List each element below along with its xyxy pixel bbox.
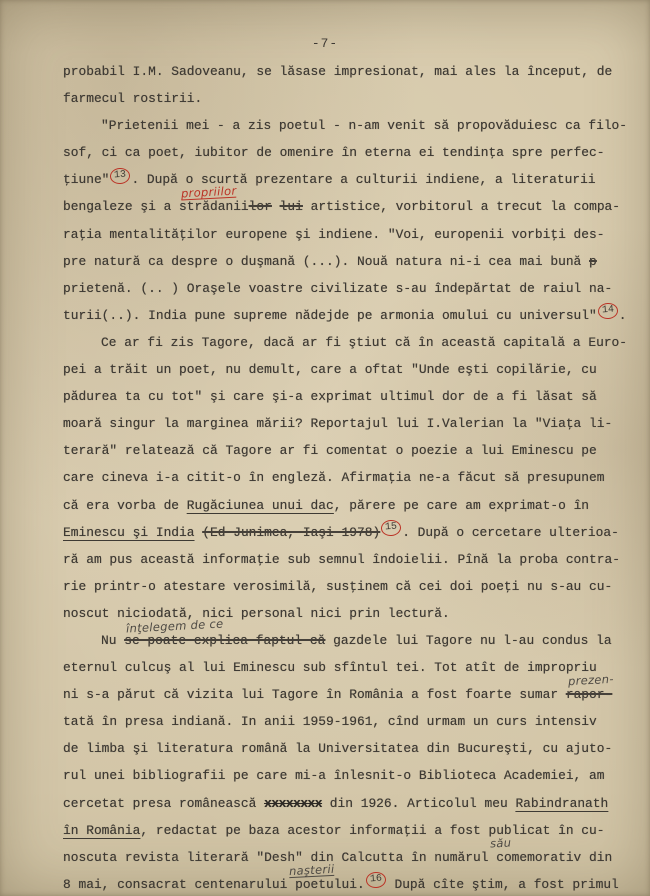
text-line: terară" relatează că Tagore ar fi coment… (63, 437, 638, 464)
text-segment: rul unei bibliografii pe care mi-a înles… (63, 768, 605, 783)
text-segment: de limba şi literatura română la Univers… (63, 741, 612, 756)
text-segment: noscut niciodată, nici personal nici pri… (63, 606, 450, 621)
text-segment: Rabindranath (515, 796, 608, 811)
footnote-marker: 13 (110, 167, 131, 184)
text-line: turii(..). India pune supreme nădejde pe… (63, 302, 638, 329)
text-line: Ce ar fi zis Tagore, dacă ar fi ştiut că… (63, 329, 638, 356)
text-segment: terară" relatează că Tagore ar fi coment… (63, 443, 597, 458)
text-segment: că era vorba de (63, 498, 187, 513)
text-segment: După cîte ştim, a fost primul (387, 877, 619, 892)
text-line: farmecul rostirii. (63, 85, 638, 112)
text-line: sof, ci ca poet, iubitor de omenire în e… (63, 139, 638, 166)
text-segment: ră am pus această informaţie sub semnul … (63, 552, 620, 567)
text-line: 8 mai, consacrat centenarului poetului.n… (63, 871, 638, 896)
text-segment: în România (63, 823, 140, 838)
handwritten-correction: prezen- (568, 673, 614, 687)
text-line: tată în presa indiană. In anii 1959-1961… (63, 708, 638, 735)
text-segment: noscuta revista literară "Desh" din Calc… (63, 850, 488, 865)
text-segment: pei a trăit un poet, nu demult, care a o… (63, 362, 597, 377)
text-segment: rie printr-o atestare verosimilă, susţin… (63, 579, 612, 594)
text-line: pei a trăit un poet, nu demult, care a o… (63, 356, 638, 383)
text-segment: "Prietenii mei - a zis poetul - n-am ven… (101, 118, 627, 133)
text-segment: Eminescu şi India (63, 525, 195, 540)
text-segment: eternul culcuş al lui Eminescu sub sfînt… (63, 660, 597, 675)
text-segment: lui (280, 199, 303, 214)
text-line: Eminescu şi India (Ed Junimea, Iaşi 1978… (63, 519, 638, 546)
text-segment: 8 mai, consacrat centenarului (63, 877, 287, 892)
text-segment: . (619, 308, 627, 323)
text-segment: cercetat presa românească (63, 796, 264, 811)
text-line: raţia mentalităţilor europene şi indiene… (63, 221, 638, 248)
text-line: probabil I.M. Sadoveanu, se lăsase impre… (63, 58, 638, 85)
page-number: -7- (0, 36, 650, 51)
text-line: ţiune"13. După o scurtă prezentare a cul… (63, 166, 638, 193)
text-line: noscuta revista literară "Desh" din Calc… (63, 844, 638, 871)
text-line: prietenă. (.. ) Oraşele voastre civiliza… (63, 275, 638, 302)
text-segment: Ce ar fi zis Tagore, dacă ar fi ştiut că… (101, 335, 627, 350)
text-segment: turii(..). India pune supreme nădejde pe… (63, 308, 597, 323)
text-segment: bengaleze şi a (63, 199, 179, 214)
handwritten-correction: înţelegem de ce (126, 617, 224, 634)
text-segment: comemorativ dinsău (488, 850, 612, 865)
document-body: probabil I.M. Sadoveanu, se lăsase impre… (63, 58, 638, 896)
text-line: "Prietenii mei - a zis poetul - n-am ven… (63, 112, 638, 139)
text-segment: din 1926. Articolul meu (322, 796, 515, 811)
text-segment: rapor-prezen- (566, 687, 612, 702)
text-segment: ţiune" (63, 172, 109, 187)
text-line: pădurea ta cu tot" şi care şi-a exprimat… (63, 383, 638, 410)
text-line: ră am pus această informaţie sub semnul … (63, 546, 638, 573)
text-segment: tată în presa indiană. In anii 1959-1961… (63, 714, 597, 729)
handwritten-correction: naşterii (289, 863, 335, 878)
text-segment: raţia mentalităţilor europene şi indiene… (63, 227, 605, 242)
footnote-marker: 14 (597, 303, 618, 320)
text-segment: prietenă. (.. ) Oraşele voastre civiliza… (63, 281, 612, 296)
text-segment: . După o cercetare ulterioa- (402, 525, 619, 540)
text-segment: Rugăciunea unui dac (187, 498, 334, 513)
handwritten-correction: propriilor (181, 185, 237, 201)
text-segment: artistice, vorbitorul a trecut la compa- (303, 199, 620, 214)
text-segment: se poate explica faptul căînţelegem de c… (124, 633, 325, 648)
text-segment: (Ed Junimea, Iaşi 1978) (202, 525, 380, 540)
text-line: Nu se poate explica faptul căînţelegem d… (63, 627, 638, 654)
text-segment: Nu (101, 633, 124, 648)
text-line: de limba şi literatura română la Univers… (63, 735, 638, 762)
text-line: rie printr-o atestare verosimilă, susţin… (63, 573, 638, 600)
text-segment: lor (249, 199, 272, 214)
text-segment: moară singur la marginea mării? Reportaj… (63, 416, 612, 431)
text-line: că era vorba de Rugăciunea unui dac, păr… (63, 492, 638, 519)
text-line: ni s-a părut că vizita lui Tagore în Rom… (63, 681, 638, 708)
text-segment: gazdele lui Tagore nu l-au condus la (325, 633, 611, 648)
text-line: care cineva i-a citit-o în engleză. Afir… (63, 464, 638, 491)
text-segment: care cineva i-a citit-o în engleză. Afir… (63, 470, 605, 485)
text-segment: , părere pe care am exprimat-o în (334, 498, 589, 513)
handwritten-correction: său (490, 836, 512, 849)
text-segment: pre natură ca despre o duşmană (...). No… (63, 254, 589, 269)
text-segment: strădaniipropriilor (179, 199, 249, 214)
text-segment: ni s-a părut că vizita lui Tagore în Rom… (63, 687, 566, 702)
text-line: cercetat presa românească xxxxxxxx din 1… (63, 790, 638, 817)
text-line: moară singur la marginea mării? Reportaj… (63, 410, 638, 437)
text-segment (272, 199, 280, 214)
footnote-marker: 15 (381, 519, 402, 536)
footnote-marker: 16 (365, 872, 386, 889)
text-line: pre natură ca despre o duşmană (...). No… (63, 248, 638, 275)
scanned-page: -7- probabil I.M. Sadoveanu, se lăsase i… (0, 0, 650, 896)
text-segment: pădurea ta cu tot" şi care şi-a exprimat… (63, 389, 597, 404)
text-segment: poetului.naşterii (287, 877, 364, 892)
text-segment: xxxxxxxx (264, 796, 322, 811)
text-line: eternul culcuş al lui Eminescu sub sfînt… (63, 654, 638, 681)
text-segment: , redactat pe baza acestor informaţii a … (140, 823, 604, 838)
text-segment: probabil I.M. Sadoveanu, se lăsase impre… (63, 64, 612, 79)
text-segment: p (589, 254, 597, 269)
text-segment: sof, ci ca poet, iubitor de omenire în e… (63, 145, 605, 160)
text-line: rul unei bibliografii pe care mi-a înles… (63, 762, 638, 789)
text-segment: farmecul rostirii. (63, 91, 202, 106)
text-line: bengaleze şi a strădaniipropriilorlor lu… (63, 193, 638, 220)
text-line: în România, redactat pe baza acestor inf… (63, 817, 638, 844)
